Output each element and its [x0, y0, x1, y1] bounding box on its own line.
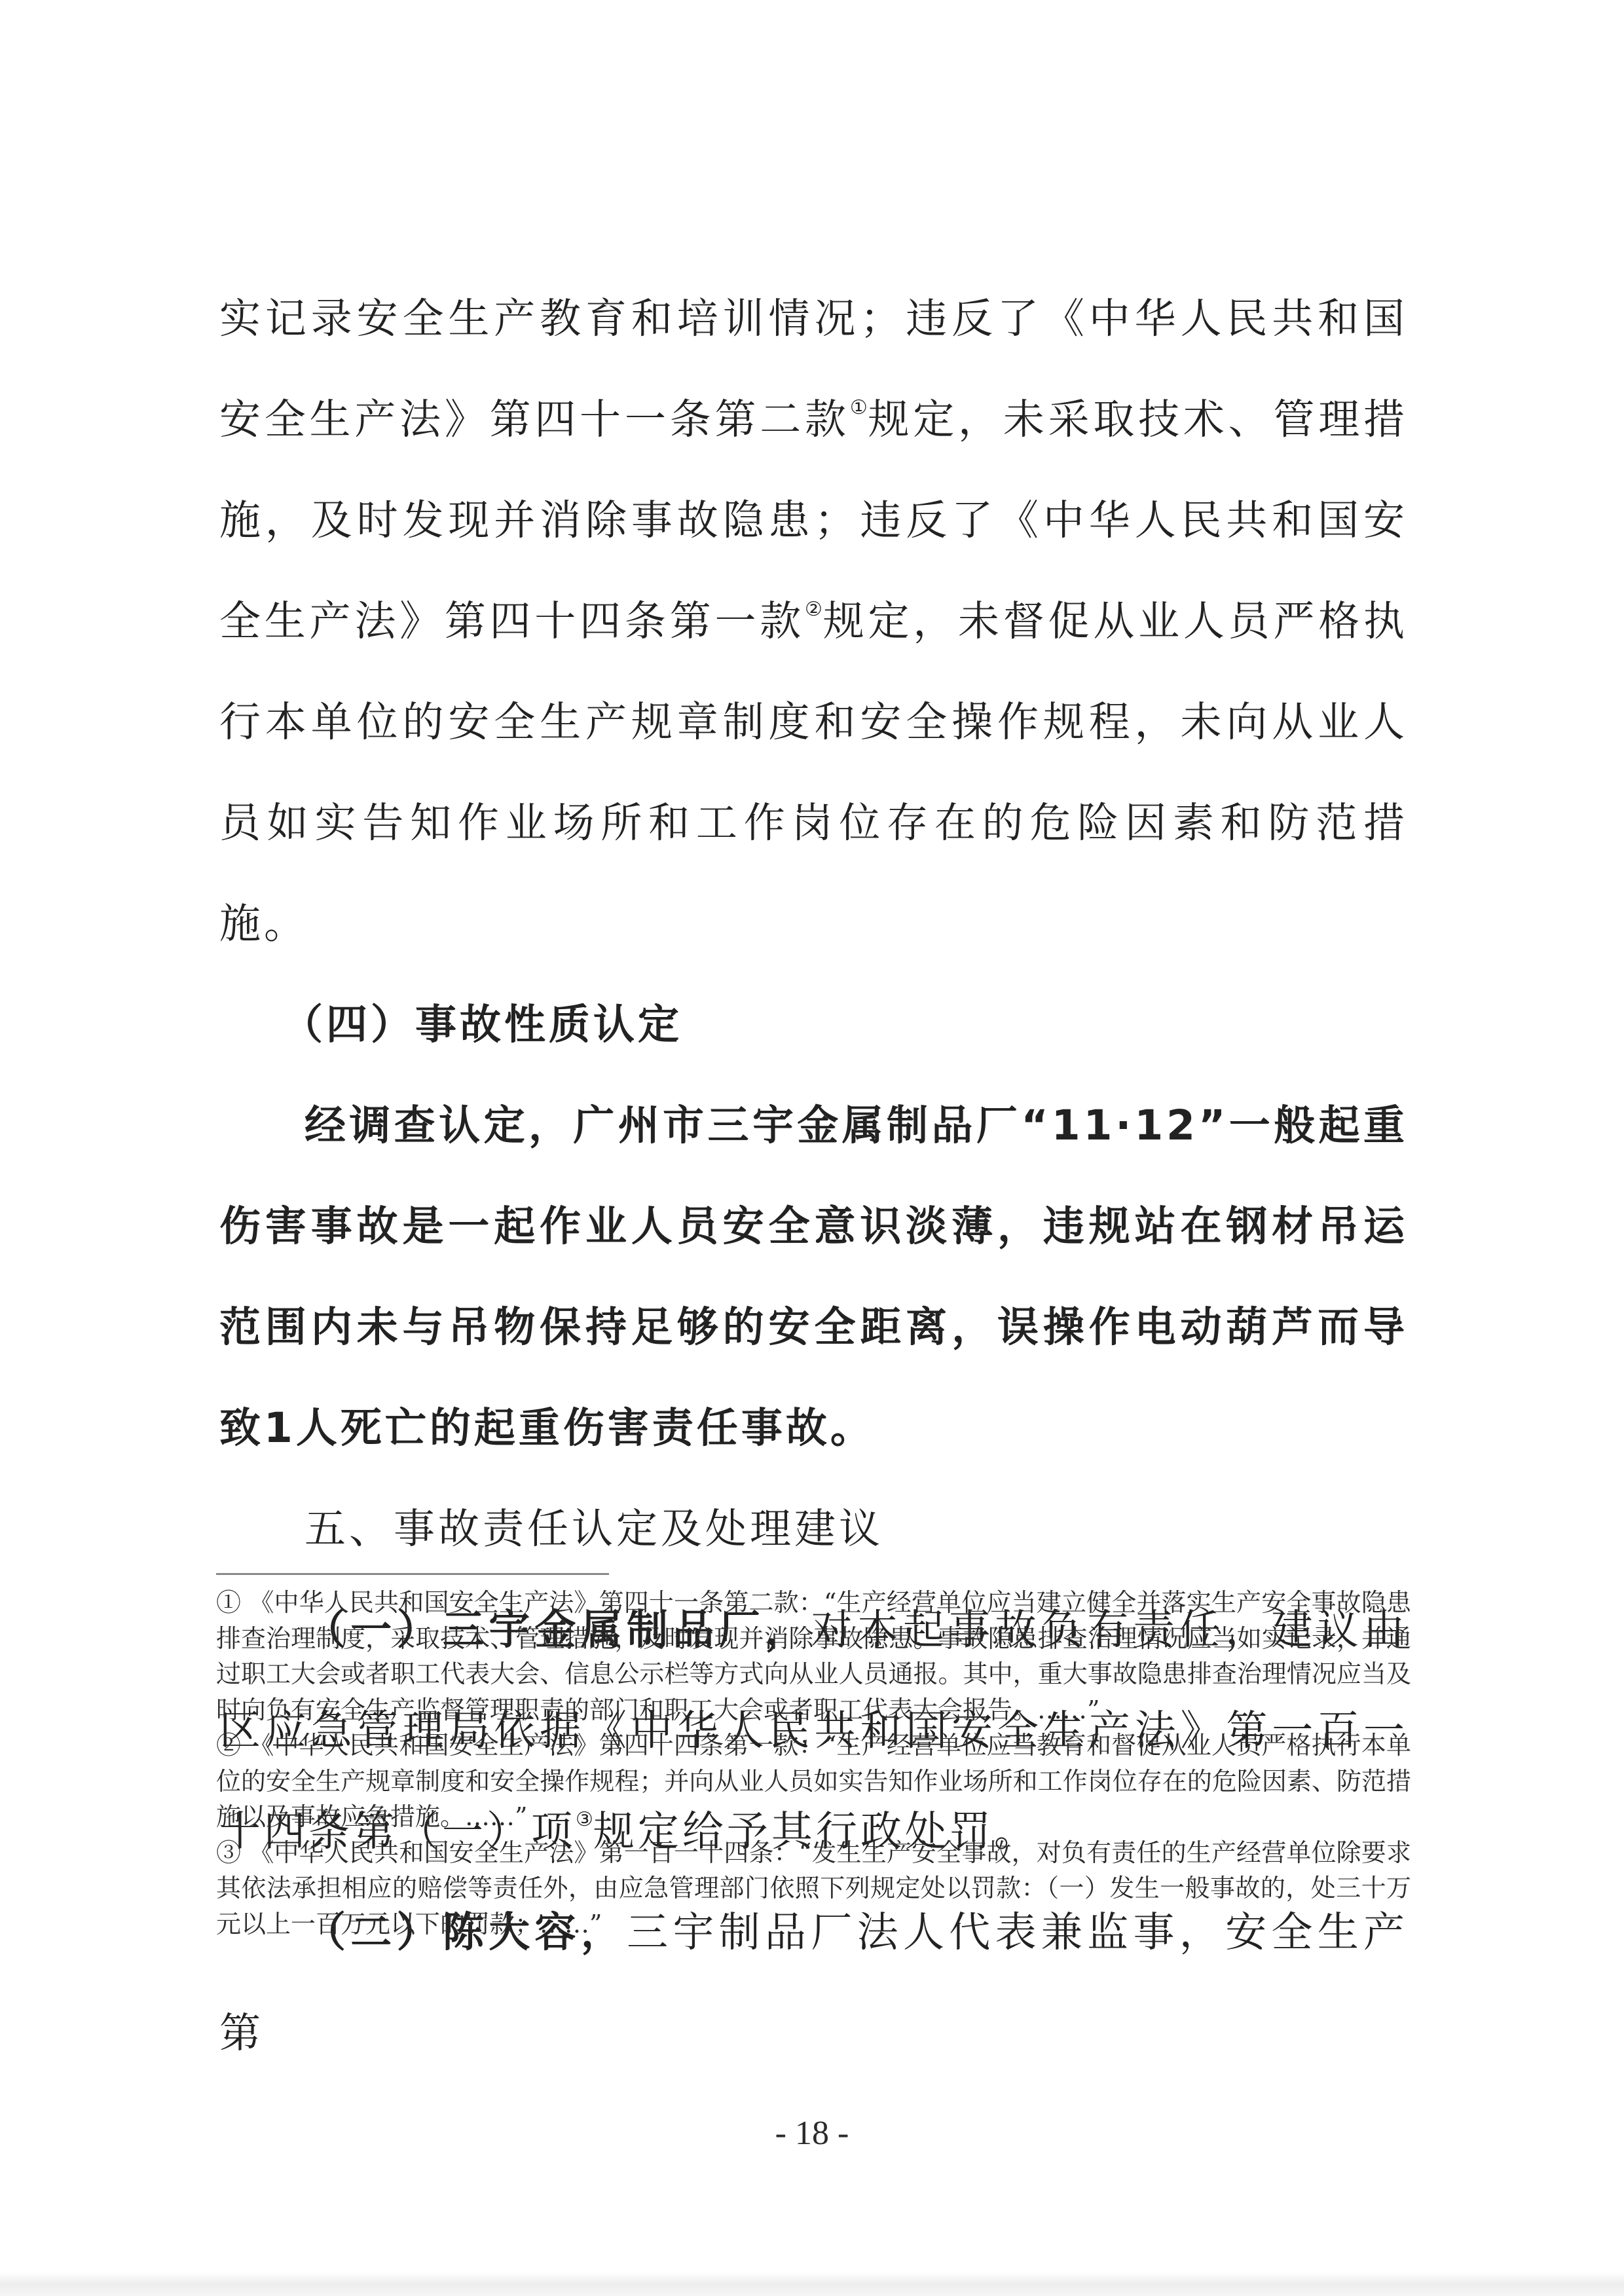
scan-edge	[0, 2272, 1624, 2296]
section-heading-responsibility: 五、事故责任认定及处理建议	[219, 1479, 1408, 1580]
footnote-3: ③ 《中华人民共和国安全生产法》第一百一十四条：“发生生产安全事故，对负有责任的…	[216, 1835, 1411, 1942]
footnote-separator	[216, 1573, 609, 1575]
footnote-text: 《中华人民共和国安全生产法》第一百一十四条：“发生生产安全事故，对负有责任的生产…	[216, 1838, 1411, 1938]
footnote-ref-2[interactable]: ②	[805, 598, 823, 621]
footnote-marker: ①	[216, 1588, 241, 1617]
footnote-2: ② 《中华人民共和国安全生产法》第四十四条第一款：“生产经营单位应当教育和督促从…	[216, 1728, 1411, 1835]
footnote-marker: ②	[216, 1731, 241, 1760]
footnote-ref-1[interactable]: ①	[850, 396, 868, 419]
document-page: 实记录安全生产教育和培训情况；违反了《中华人民共和国安全生产法》第四十一条第二款…	[0, 0, 1624, 2296]
subheading-accident-nature: （四）事故性质认定	[219, 974, 1408, 1075]
footnote-1: ① 《中华人民共和国安全生产法》第四十一条第二款：“生产经营单位应当建立健全并落…	[216, 1585, 1411, 1728]
paragraph-text: 规定，未督促从业人员严格执行本单位的安全生产规章制度和安全操作规程，未向从业人员…	[219, 597, 1408, 948]
footnote-text: 《中华人民共和国安全生产法》第四十四条第一款：“生产经营单位应当教育和督促从业人…	[216, 1731, 1411, 1831]
paragraph-accident-determination: 经调查认定，广州市三宇金属制品厂“11·12”一般起重伤害事故是一起作业人员安全…	[219, 1075, 1408, 1479]
paragraph-violations: 实记录安全生产教育和培训情况；违反了《中华人民共和国安全生产法》第四十一条第二款…	[219, 268, 1408, 974]
page-number: - 18 -	[0, 2114, 1624, 2153]
footnote-text: 《中华人民共和国安全生产法》第四十一条第二款：“生产经营单位应当建立健全并落实生…	[216, 1588, 1411, 1724]
footnote-marker: ③	[216, 1838, 241, 1867]
footnotes: ① 《中华人民共和国安全生产法》第四十一条第二款：“生产经营单位应当建立健全并落…	[216, 1585, 1411, 1942]
